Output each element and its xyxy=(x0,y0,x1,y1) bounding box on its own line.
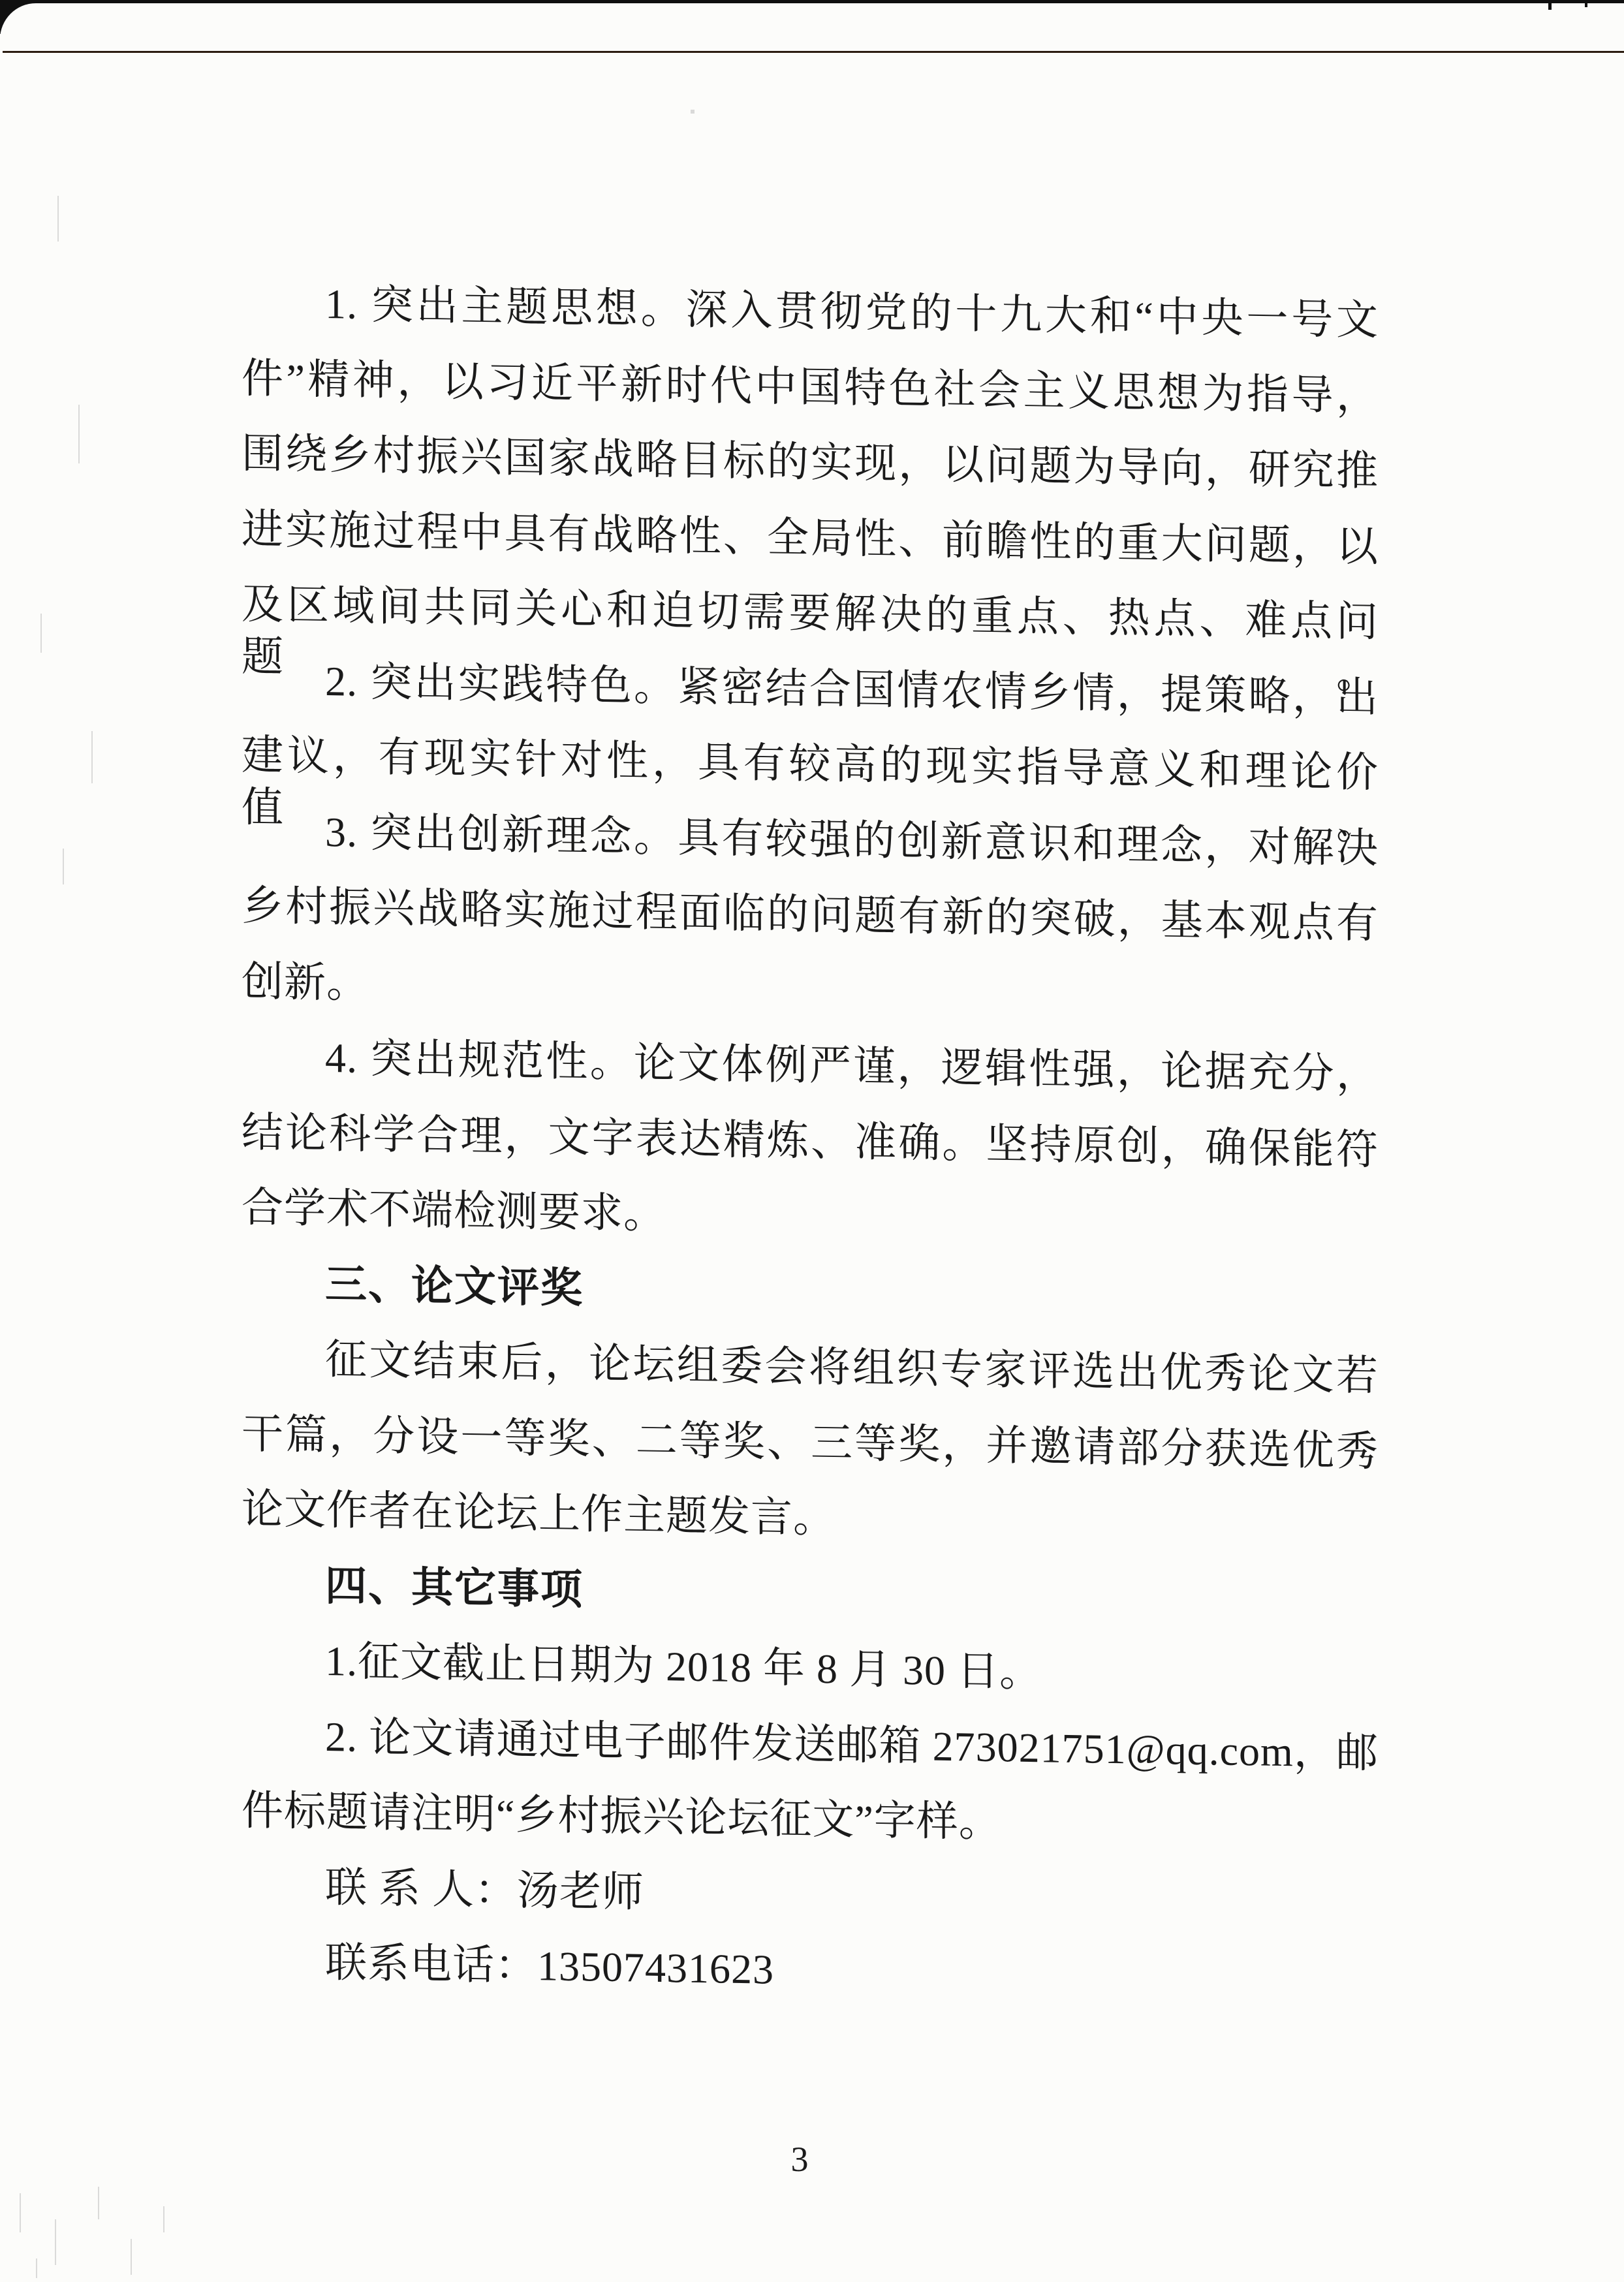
scan-artifact xyxy=(78,405,80,463)
scan-fold-line xyxy=(3,51,1624,53)
scan-artifact xyxy=(1548,3,1552,10)
scan-artifact xyxy=(98,2187,99,2219)
scan-artifact xyxy=(63,849,64,884)
scan-artifact xyxy=(57,196,59,242)
scan-artifact xyxy=(40,614,42,653)
scan-artifact xyxy=(691,110,695,114)
scan-artifact xyxy=(36,2259,37,2278)
scan-artifact xyxy=(1585,2,1587,7)
scan-artifact xyxy=(20,2193,21,2232)
page-number: 3 xyxy=(770,2140,829,2179)
page-rounded-corner xyxy=(0,3,124,49)
document-text-block: 1. 突出主题思想。深入贯彻党的十九大和“中央一号文 件”精神，以习近平新时代中… xyxy=(242,277,1379,2029)
scan-artifact xyxy=(131,2239,132,2275)
scanned-document-page: 1. 突出主题思想。深入贯彻党的十九大和“中央一号文 件”精神，以习近平新时代中… xyxy=(0,0,1624,2282)
scan-artifact xyxy=(55,2219,56,2265)
scan-artifact xyxy=(163,2206,164,2232)
scan-artifact xyxy=(91,731,93,783)
scan-top-edge xyxy=(0,0,1624,3)
